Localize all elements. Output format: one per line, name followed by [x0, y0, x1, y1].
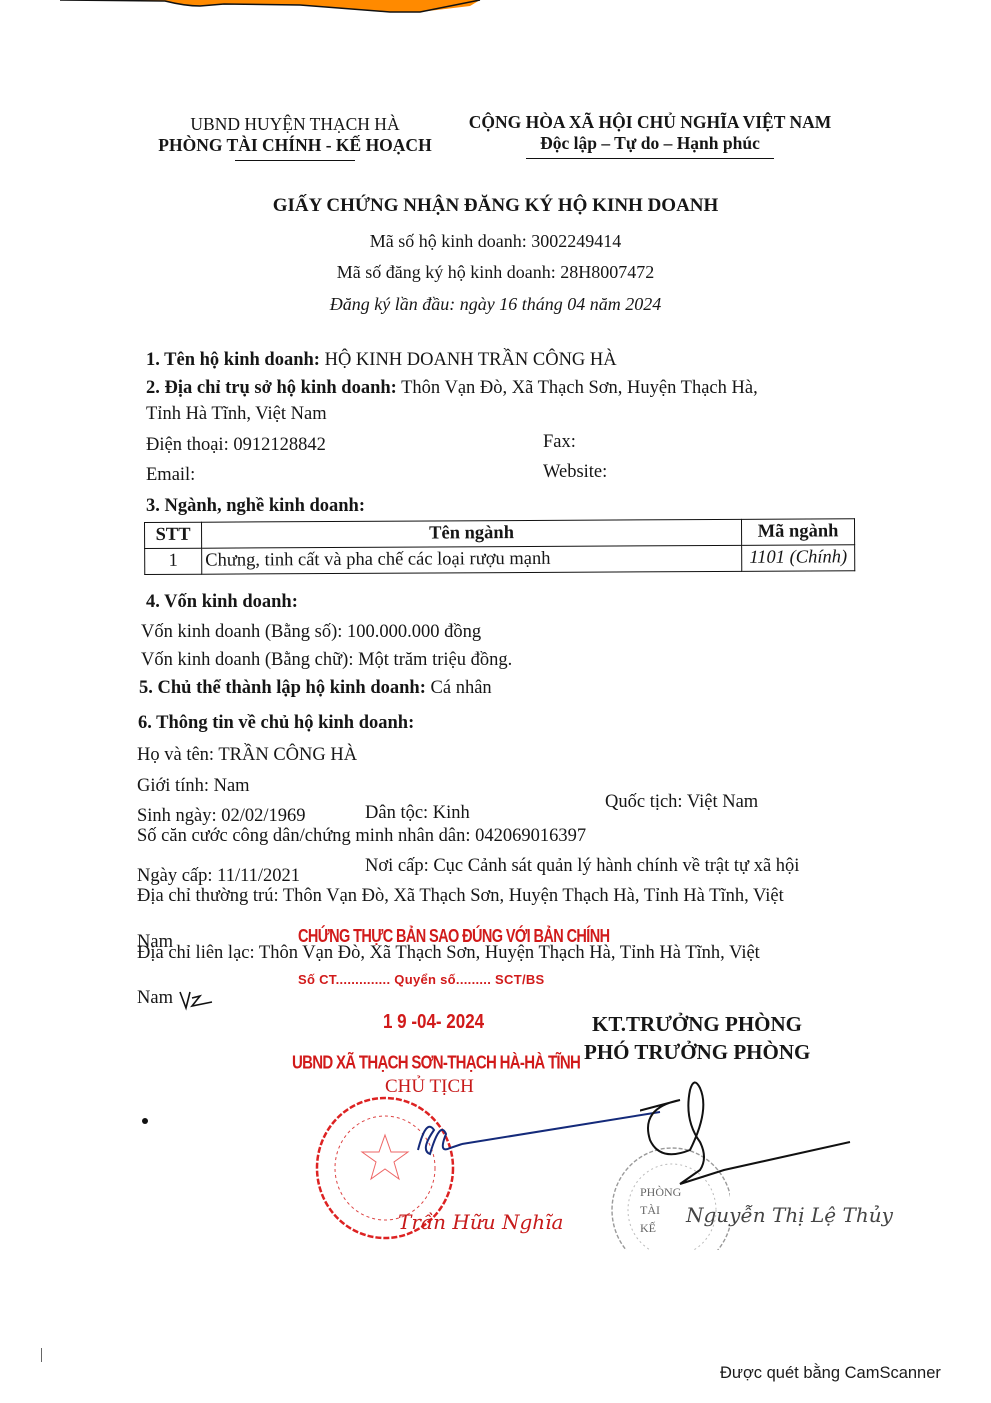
certifying-authority: UBND XÃ THẠCH SƠN-THẠCH HÀ-HÀ TĨNH [292, 1052, 580, 1073]
section-label: 5. Chủ thể thành lập hộ kinh doanh: [139, 678, 426, 698]
section-business-name: 1. Tên hộ kinh doanh: HỘ KINH DOANH TRẦN… [146, 350, 617, 371]
registration-code: Mã số đăng ký hộ kinh doanh: 28H8007472 [0, 262, 991, 283]
column-header-name: Tên ngành [202, 519, 742, 548]
motto: Độc lập – Tự do – Hạnh phúc [460, 133, 840, 154]
section-label: 2. Địa chỉ trụ sở hộ kinh doanh: [146, 378, 397, 398]
deputy-head-signature [640, 1080, 860, 1190]
finance-office: PHÒNG TÀI CHÍNH - KẾ HOẠCH [140, 135, 450, 156]
business-name: HỘ KINH DOANH TRẦN CÔNG HÀ [320, 350, 617, 370]
certified-copy-stamp: CHỨNG THỰC BẢN SAO ĐÚNG VỚI BẢN CHÍNH [298, 927, 609, 947]
section-owner-label: 6. Thông tin về chủ hộ kinh doanh: [138, 713, 414, 734]
contact-address-cont: Nam [137, 988, 173, 1009]
deputy-head-name: Nguyễn Thị Lệ Thủy [686, 1203, 893, 1227]
district-committee: UBND HUYỆN THẠCH HÀ [140, 114, 450, 135]
section-capital-label: 4. Vốn kinh doanh: [146, 592, 298, 613]
national-motto: CỘNG HÒA XÃ HỘI CHỦ NGHĨA VIỆT NAM Độc l… [460, 112, 840, 159]
id-issue-place: Nơi cấp: Cục Cảnh sát quản lý hành chính… [365, 856, 799, 877]
business-code: Mã số hộ kinh doanh: 3002249414 [0, 231, 991, 252]
table-row: 1 Chưng, tinh cất và pha chế các loại rư… [145, 545, 855, 575]
industry-table: STT Tên ngành Mã ngành 1 Chưng, tinh cất… [144, 518, 855, 575]
issuing-authority: UBND HUYỆN THẠCH HÀ PHÒNG TÀI CHÍNH - KẾ… [140, 114, 450, 161]
column-header-code: Mã ngành [741, 519, 854, 546]
country-name: CỘNG HÒA XÃ HỘI CHỦ NGHĨA VIỆT NAM [460, 112, 840, 133]
row-stt: 1 [145, 548, 202, 574]
camscanner-watermark: Được quét bằng CamScanner [720, 1364, 941, 1383]
owner-dob: Sinh ngày: 02/02/1969 [137, 806, 306, 827]
email: Email: [146, 465, 195, 486]
address-continuation: Tỉnh Hà Tĩnh, Việt Nam [146, 404, 327, 425]
office-seal-text: PHÒNG TÀI KẾ [640, 1183, 681, 1237]
founder-type: Cá nhân [426, 678, 492, 698]
table-header-row: STT Tên ngành Mã ngành [145, 519, 855, 549]
owner-gender: Giới tính: Nam [137, 776, 250, 797]
capital-words: Vốn kinh doanh (Bằng chữ): Một trăm triệ… [141, 650, 512, 671]
header-rule-left [235, 160, 355, 161]
signer-title-line2: PHÓ TRƯỞNG PHÒNG [584, 1040, 810, 1065]
owner-nationality: Quốc tịch: Việt Nam [605, 792, 758, 813]
row-industry-name: Chưng, tinh cất và pha chế các loại rượu… [202, 545, 742, 574]
section-label: 1. Tên hộ kinh doanh: [146, 350, 320, 370]
chairman-name: Trần Hữu Nghĩa [398, 1210, 563, 1234]
phone: Điện thoại: 0912128842 [146, 435, 326, 456]
first-registration-date: Đăng ký lần đầu: ngày 16 tháng 04 năm 20… [0, 294, 991, 315]
scan-speck [142, 1118, 148, 1124]
permanent-address: Địa chỉ thường trú: Thôn Vạn Đò, Xã Thạc… [137, 886, 784, 907]
id-issue-date: Ngày cấp: 11/11/2021 [137, 866, 300, 887]
scan-speck [41, 1348, 42, 1362]
section-industry-label: 3. Ngành, nghề kinh doanh: [146, 496, 365, 517]
owner-id-number: Số căn cước công dân/chứng minh nhân dân… [137, 826, 586, 847]
scan-edge [0, 0, 991, 16]
column-header-stt: STT [145, 522, 202, 548]
website: Website: [543, 462, 607, 483]
row-industry-code: 1101 (Chính) [742, 545, 855, 572]
signer-title-line1: KT.TRƯỞNG PHÒNG [592, 1012, 802, 1037]
address-value: Thôn Vạn Đò, Xã Thạch Sơn, Huyện Thạch H… [397, 378, 758, 398]
header-rule-right [526, 158, 774, 159]
owner-name: Họ và tên: TRẦN CÔNG HÀ [137, 745, 357, 766]
initials-signature [178, 988, 228, 1012]
capital-numeric: Vốn kinh doanh (Bằng số): 100.000.000 đồ… [141, 622, 481, 643]
document-title: GIẤY CHỨNG NHẬN ĐĂNG KÝ HỘ KINH DOANH [0, 195, 991, 217]
section-founder-type: 5. Chủ thể thành lập hộ kinh doanh: Cá n… [139, 678, 492, 699]
owner-ethnicity: Dân tộc: Kinh [365, 803, 470, 824]
certified-copy-number: Số CT.............. Quyển số......... SC… [298, 972, 545, 987]
fax: Fax: [543, 432, 576, 453]
certification-date: 1 9 -04- 2024 [383, 1010, 484, 1034]
section-address: 2. Địa chỉ trụ sở hộ kinh doanh: Thôn Vạ… [146, 378, 758, 399]
